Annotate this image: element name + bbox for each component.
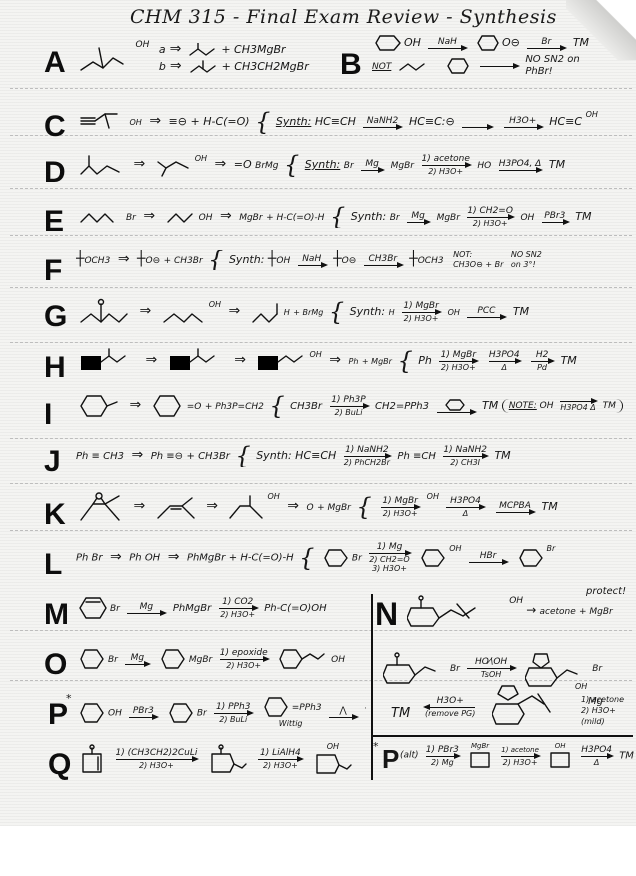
tertiary-alcohol-structure [228, 492, 264, 522]
target-molecule-label: TM [575, 210, 591, 223]
retro-arrow: ⇒ [220, 208, 232, 224]
reaction-arrow: Mg [361, 159, 383, 172]
brace: { [330, 206, 345, 228]
problem-letter-o: O [44, 650, 67, 680]
propoxide-structure [398, 58, 438, 74]
reaction-arrow: 1) epoxide2) H3O+ [220, 648, 268, 670]
target-molecule-label: TM [391, 706, 410, 721]
retro-arrow: ⇒ [118, 251, 130, 267]
problem-b: OH NaH O⊖ Br TM NOT NO SN2 on PhBr! [372, 34, 634, 78]
reaction-arrow: NaNH2 [363, 116, 401, 129]
retro-arrow: ⇒ [146, 352, 158, 368]
target-molecule-label: TM [365, 706, 366, 719]
grignard-fragment: BrMg [255, 161, 278, 171]
reaction-arrow: NaH [298, 254, 326, 267]
reaction-arrow: PCC [467, 306, 505, 319]
formaldehyde-fragment: + H-C(=O)-H [266, 213, 324, 223]
benzyl-bromide-ring [518, 548, 544, 568]
acetylide-fragment: ≡⊖ [169, 115, 187, 128]
reaction-arrow: 1) Ph3P2) BuLi [330, 395, 368, 417]
reaction-arrow: Br [527, 37, 565, 50]
reaction-arrow: MCPBA [496, 501, 534, 514]
cyclohexyl-grignard-ring [469, 751, 491, 769]
cyclohexyl-grignard-ring [160, 648, 186, 670]
target-molecule-label: TM [561, 354, 577, 367]
target-molecule-label: TM [513, 305, 529, 318]
problem-letter-c: C [44, 112, 66, 142]
retro-arrow: ⇒ [140, 303, 152, 319]
retro-arrow: ⇒ [149, 113, 161, 129]
star-marker: * [66, 692, 72, 705]
reaction-arrow: H3PO4Δ [581, 745, 612, 767]
problem-l: Ph Br ⇒ Ph OH ⇒ PhMgBr + H-C(=O)-H { Br … [76, 542, 630, 573]
reagent-ch3mgbr: + CH3MgBr [221, 43, 285, 56]
synth-label: Synth: [350, 305, 385, 318]
no-sn2-note: NO SN2 on 3°! [511, 250, 551, 270]
reaction-arrow [437, 399, 475, 414]
page-margin [0, 826, 636, 876]
note-box: NOTE: OH H3PO4 Δ TM [502, 399, 623, 413]
alkyl-bromide-structure [79, 208, 123, 226]
tertiary-alcohol-structure [156, 152, 192, 178]
cyclohexyl-bromide-ring [79, 648, 105, 670]
problem-letter-q: Q [48, 750, 71, 780]
reaction-arrow: 1) MgBr2) H3O+ [402, 301, 440, 323]
reaction-arrow: HO⁄\OHTsOH [467, 657, 515, 679]
problem-m: Br Mg PhMgBr 1) CO22) H3O+ Ph-C(=O)OH [76, 596, 366, 620]
problem-q: 1) (CH3CH2)2CuLi2) H3O+ 1) LiAlH42) H3O+… [76, 742, 366, 775]
problem-letter-i: I [44, 400, 52, 430]
alkene-structure [156, 492, 196, 522]
retro-arrow: ⇒ [170, 41, 182, 57]
wittig-label: Wittig [260, 718, 322, 729]
problem-letter-p-alt: P [382, 744, 399, 775]
reaction-arrow: NaH [428, 37, 466, 50]
reaction-arrow: 1) (CH3CH2)2CuLi2) H3O+ [116, 748, 198, 770]
problem-letter-j: J [44, 447, 61, 477]
oh-label: OH [586, 110, 598, 119]
retro-arrow: ⇒ [130, 397, 142, 413]
ketone-structure [79, 298, 129, 326]
alcohol-label: HO [477, 161, 491, 171]
reaction-arrow: H3PO4Δ [446, 496, 484, 518]
ruled-line [10, 235, 632, 236]
brace: { [299, 544, 314, 572]
aldehyde-fragment: + H-C(=O) [190, 115, 249, 128]
bromobenzene-ring [447, 57, 469, 75]
acetone-fragment: =O [234, 158, 252, 171]
acetylene-label: HC≡CH [315, 115, 356, 128]
reaction-arrow: H2Pd [531, 350, 553, 372]
scanned-page: CHM 315 - Final Exam Review - Synthesis … [0, 0, 636, 826]
alt-label: (alt) [400, 751, 419, 761]
grignard-label: MgBr [391, 161, 414, 171]
problem-j: Ph ≡ CH3 ⇒ Ph ≡⊖ + CH3Br { Synth: HC≡CH … [76, 445, 630, 467]
reaction-arrow: PBr3 [542, 211, 568, 224]
reaction-arrow: 1) Mg2) CH2=O3) H3O+ [369, 542, 409, 573]
tertiary-alcohol-structure [79, 38, 129, 78]
ethylcyclohexanone-structure [208, 744, 248, 774]
retro-arrow: ⇒ [110, 549, 122, 565]
keto-alcohol-structure [407, 594, 503, 628]
problem-f: ┼OCH3 ⇒ ┼O⊖ + CH3Br { Synth: ┼OH NaH ┼O⊖… [76, 250, 630, 270]
problem-d: ⇒ OH ⇒ =O BrMg { Synth: Br Mg MgBr 1) ac… [76, 152, 630, 178]
retro-arrow: ⇒ [143, 208, 155, 224]
reaction-arrow: H3PO4Δ [489, 350, 520, 372]
reaction-arrow: 1) MgBr2) H3O+ [439, 350, 477, 372]
not-label: NOT: [453, 250, 503, 260]
reaction-arrow: 1) MgBr2) H3O+ [381, 496, 419, 518]
problem-letter-e: E [44, 207, 64, 237]
reaction-arrow: 1) CH2=O2) H3O+ [467, 206, 513, 228]
target-molecule-label: TM [619, 751, 634, 762]
reaction-arrow: 1) NaNH22) CH3I [443, 445, 487, 467]
retro-arrow: ⇒ [229, 303, 241, 319]
tertiary-alcohol-ring [549, 751, 571, 769]
target-molecule-label: TM [482, 399, 498, 412]
acetylide-label: HC≡C:⊖ [409, 115, 455, 128]
reaction-arrow: 1) PPh32) BuLi [214, 702, 252, 724]
no-sn2-note: NO SN2 on PhBr! [525, 54, 589, 78]
problem-p: OH PBr3 Br 1) PPh32) BuLi =PPh3Wittig ⋀ … [76, 696, 366, 729]
synth-label: Synth: [256, 449, 291, 462]
target-alkyne-label: Ph ≡ CH3 [76, 451, 124, 462]
tertiary-alcohol-structure [256, 348, 306, 374]
problem-i: ⇒ =O + Ph3P=CH2 { CH3Br 1) Ph3P2) BuLi C… [76, 392, 630, 420]
reaction-arrow: CH3Br [364, 254, 402, 267]
cyclohexanone-structure [152, 392, 184, 420]
page-title: CHM 315 - Final Exam Review - Synthesis [130, 6, 557, 28]
cyclohexanol-ring [79, 702, 105, 724]
retro-arrow: → [526, 603, 536, 617]
problem-letter-h: H [44, 353, 66, 383]
target-molecule-label: TM [549, 158, 565, 171]
problem-p-alt: (alt) 1) PBr32) Mg MgBr 1) acetone2) H3O… [400, 742, 636, 769]
synth-label: Synth: [229, 253, 264, 266]
cyclohexylethanol-structure [278, 648, 328, 670]
problem-o: Br Mg MgBr 1) epoxide2) H3O+ OH [76, 648, 366, 670]
secondary-alcohol-structure [162, 298, 206, 326]
problem-e: Br ⇒ OH ⇒ MgBr + H-C(=O)-H { Synth: Br M… [76, 206, 630, 228]
aldehyde-structure [251, 298, 281, 326]
cyclohexanone-reagent [445, 399, 467, 411]
ruled-line [10, 438, 632, 439]
problem-c: OH ⇒ ≡⊖ + H-C(=O) { Synth: HC≡CH NaNH2 H… [76, 108, 630, 136]
problem-a: OH a⇒+ CH3MgBr b⇒+ CH3CH2MgBr [76, 38, 331, 78]
brace: { [255, 108, 270, 136]
ethylcyclohexanol-structure [313, 751, 353, 775]
protect-note: protect! [586, 586, 626, 597]
reaction-arrow [480, 65, 518, 68]
disconnection-a: a [159, 43, 166, 56]
product-label: HC≡C [549, 115, 582, 128]
brace: { [329, 298, 344, 326]
reaction-arrow: H3O+ [504, 116, 542, 129]
brace: { [235, 445, 250, 467]
reaction-arrow: 1) acetone2) H3O+ [501, 745, 539, 767]
reaction-arrow: 1) CO22) H3O+ [219, 597, 257, 619]
retro-arrow: ⇒ [287, 498, 299, 514]
problem-h: ⇒ ⇒ OH ⇒ Ph + MgBr { Ph 1) MgBr2) H3O+ H… [76, 348, 630, 374]
alkene-structure [79, 152, 123, 178]
bromo-ketone-structure [383, 651, 447, 685]
oh-label: OH [130, 118, 142, 127]
reaction-arrow: HBr [469, 551, 507, 564]
benzyl-alcohol-ring [420, 548, 446, 568]
synth-label: Synth: [305, 158, 340, 171]
not-label: NOT [372, 62, 391, 72]
brace: { [356, 493, 371, 521]
oh-label: OH [404, 36, 421, 49]
problem-letter-b: B [340, 50, 362, 80]
ruled-line [10, 342, 632, 343]
problem-g: ⇒ OH ⇒ H + BrMg { Synth: H 1) MgBr2) H3O… [76, 298, 630, 326]
alcohol-structure [166, 208, 196, 226]
reagent-ch3ch2mgbr: + CH3CH2MgBr [222, 60, 309, 73]
reaction-arrow-left: H3O+(remove PG) [425, 696, 475, 718]
star-marker: * [373, 740, 379, 753]
problem-letter-m: M [44, 600, 69, 630]
benzoic-acid-label: Ph-C(=O)OH [264, 603, 326, 614]
problem-letter-g: G [44, 302, 67, 332]
retro-arrow: ⇒ [329, 352, 341, 368]
alkylbenzene-structure [79, 348, 135, 374]
section-divider-horizontal [371, 735, 633, 737]
brace: { [397, 348, 412, 374]
reaction-arrow: Mg [125, 653, 149, 666]
retro-arrow: ⇒ [134, 156, 146, 172]
synth-label: Synth: [276, 115, 311, 128]
reaction-arrow: 1) NaNH22) PhCH2Br [344, 445, 390, 467]
retro-arrow: ⇒ [215, 156, 227, 172]
problem-letter-a: A [44, 48, 66, 78]
phenoxide-label: O⊖ [502, 36, 520, 49]
cyclohexenone-structure [79, 744, 105, 774]
synth-label: Synth: [351, 210, 386, 223]
ketone-structure [189, 60, 219, 74]
disconnection-b: b [159, 60, 166, 73]
problem-letter-l: L [44, 550, 62, 580]
reaction-arrow: Mg [407, 211, 429, 224]
reaction-arrow: Mg [127, 602, 165, 615]
ruled-line [10, 188, 632, 189]
problem-letter-k: K [44, 500, 66, 530]
problem-letter-d: D [44, 158, 66, 188]
retro-arrow: ⇒ [206, 498, 218, 514]
benzyl-bromide-label: Ph Br [76, 553, 103, 564]
problem-letter-p: P [48, 700, 68, 730]
epoxide-structure [79, 490, 123, 524]
ruled-line [10, 530, 632, 531]
ylide-ring [263, 696, 289, 718]
retro-arrow: ⇒ [131, 447, 143, 463]
retro-arrow: ⇒ [170, 58, 182, 74]
problem-letter-f: F [44, 256, 62, 286]
grignard-fragment: MgBr [239, 213, 262, 223]
reaction-arrow: 1) acetone2) H3O+ [422, 154, 470, 176]
methylenecyclohexane-structure [79, 392, 119, 420]
target-molecule-label: TM [541, 500, 557, 513]
brace: { [269, 392, 284, 420]
reaction-arrow: PBr3 [129, 706, 157, 719]
bromide-label: Br [344, 161, 354, 171]
phenoxide-ring [477, 34, 499, 52]
reaction-arrow: 1) LiAlH42) H3O+ [258, 748, 302, 770]
ketone-structure [188, 43, 218, 57]
phenol-ring [375, 34, 401, 52]
ruled-line [10, 88, 632, 89]
target-molecule-label: TM [573, 36, 589, 49]
reaction-arrow: ⋀ [329, 706, 357, 719]
ketal-alcohol-structure: OH [489, 682, 587, 732]
ruled-line [10, 287, 632, 288]
retro-arrow: ⇒ [134, 498, 146, 514]
brace: { [284, 152, 299, 178]
grignard-addition-conditions: 1) acetone2) H3O+(mild) [581, 694, 624, 727]
propargylic-alcohol-structure [79, 108, 123, 136]
target-molecule-label: TM [494, 449, 510, 462]
bromocyclohexane-ring [168, 702, 194, 724]
retro-arrow: ⇒ [168, 549, 180, 565]
bromobenzene-ring [79, 596, 107, 620]
ruled-line [10, 483, 632, 484]
reaction-arrow: 1) PBr32) Mg [426, 745, 459, 767]
reaction-arrow: H3PO4, Δ [499, 159, 542, 172]
bromobenzene-ring [323, 548, 349, 568]
alkene-structure [168, 348, 224, 374]
target-oh-label: OH [136, 38, 150, 52]
problem-k: ⇒ ⇒ OH ⇒ O + MgBr { 1) MgBr2) H3O+ OH H3… [76, 490, 630, 524]
reaction-arrow [462, 116, 492, 129]
brace: { [208, 250, 223, 270]
retro-arrow: ⇒ [234, 352, 246, 368]
